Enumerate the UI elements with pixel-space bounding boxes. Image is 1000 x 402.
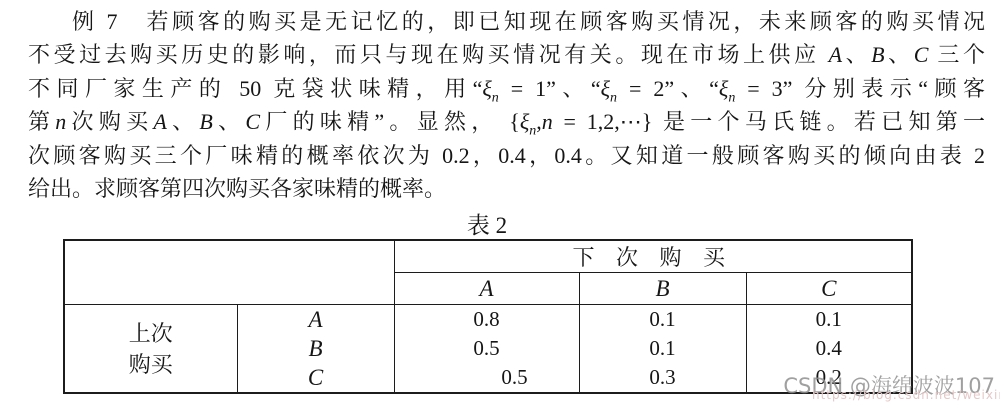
text-run: 厂的味精”。显然， { xyxy=(260,109,520,134)
math-variable: ξ xyxy=(520,109,529,134)
text-run: 、 xyxy=(213,109,246,134)
column-header: B xyxy=(579,273,746,305)
watermark-url: https://blog.csdn.net/weixin_4411 xyxy=(812,388,1000,402)
side-label-line: 上次 xyxy=(65,318,237,349)
text-run: 次顾客购买三个厂味精的概率依次为 0.2，0.4，0.4。又知道一般顾客购买的倾… xyxy=(28,143,985,168)
probability-value: 0.1 xyxy=(580,305,746,334)
row-label: A xyxy=(238,305,394,334)
table-caption: 表 2 xyxy=(63,207,911,240)
math-variable: C xyxy=(245,109,260,134)
column-header: C xyxy=(746,273,912,305)
text-run: 不同厂家生产的 50 克袋状味精，用“ xyxy=(28,76,482,101)
paragraph-line: 第n次购买A、B、C厂的味精”。显然， {ξn,n = 1,2,⋯} 是一个马氏… xyxy=(28,105,985,138)
side-label: 上次购买 xyxy=(64,305,237,394)
math-variable: C xyxy=(914,42,929,67)
math-variable: n xyxy=(55,109,66,134)
paragraph-line: 给出。求顾客第四次购买各家味精的概率。 xyxy=(28,172,985,205)
text-run: 给出。求顾客第四次购买各家味精的概率。 xyxy=(28,176,446,201)
text-run: 三个 xyxy=(928,42,985,67)
math-variable: ξ xyxy=(719,76,728,101)
row-label: C xyxy=(238,363,394,392)
math-subscript: n xyxy=(610,90,617,105)
text-run: 不受过去购买历史的影响，而只与现在购买情况有关。现在市场上供应 xyxy=(28,42,829,67)
text-run: 、 xyxy=(167,109,200,134)
next-purchase-header: 下 次 购 买 xyxy=(394,240,912,273)
text-run: = 2”、“ xyxy=(617,76,719,101)
math-variable: n xyxy=(542,109,553,134)
paragraph-line: 不受过去购买历史的影响，而只与现在购买情况有关。现在市场上供应 A、B、C 三个 xyxy=(28,38,985,71)
math-variable: A xyxy=(153,109,166,134)
paragraph-line: 不同厂家生产的 50 克袋状味精，用“ξn = 1”、“ξn = 2”、“ξn … xyxy=(28,72,985,105)
probability-value: 0.1 xyxy=(747,305,912,334)
probability-value: 0.5 xyxy=(423,363,607,392)
math-subscript: n xyxy=(492,90,499,105)
paragraph: 例 7 若顾客的购买是无记忆的，即已知现在顾客购买情况，未来顾客的购买情况不受过… xyxy=(28,5,985,205)
math-variable: ξ xyxy=(601,76,610,101)
paragraph-line: 次顾客购买三个厂味精的概率依次为 0.2，0.4，0.4。又知道一般顾客购买的倾… xyxy=(28,139,985,172)
probability-value: 0.1 xyxy=(580,334,746,363)
text-run: 、 xyxy=(842,42,871,67)
header-row-group: 下 次 购 买 xyxy=(64,240,912,273)
corner-cell xyxy=(64,240,394,305)
column-header: A xyxy=(394,273,579,305)
side-label-line: 购买 xyxy=(65,349,237,380)
text-run: 次购买 xyxy=(66,109,153,134)
text-run: = 1,2,⋯} 是一个马氏链。若已知第一 xyxy=(553,109,985,134)
text-run: 第 xyxy=(28,109,55,134)
math-variable: B xyxy=(871,42,884,67)
paragraph-line: 例 7 若顾客的购买是无记忆的，即已知现在顾客购买情况，未来顾客的购买情况 xyxy=(28,5,985,38)
document-page: { "colors": { "background": "#ffffff", "… xyxy=(0,0,1000,402)
probability-value: 0.8 xyxy=(395,305,579,334)
probability-value: 0.4 xyxy=(747,334,912,363)
text-run: 、 xyxy=(885,42,914,67)
math-variable: ξ xyxy=(482,76,491,101)
value-column-a: 0.80.50.5 xyxy=(394,305,579,394)
row-label: B xyxy=(238,334,394,363)
text-run: 例 7 若顾客的购买是无记忆的，即已知现在顾客购买情况，未来顾客的购买情况 xyxy=(72,9,985,34)
text-run: = 3” 分别表示“顾客 xyxy=(735,76,985,101)
probability-value: 0.5 xyxy=(395,334,579,363)
row-labels: ABC xyxy=(237,305,394,394)
text-run: = 1”、“ xyxy=(499,76,601,101)
math-variable: A xyxy=(829,42,842,67)
math-variable: B xyxy=(199,109,212,134)
